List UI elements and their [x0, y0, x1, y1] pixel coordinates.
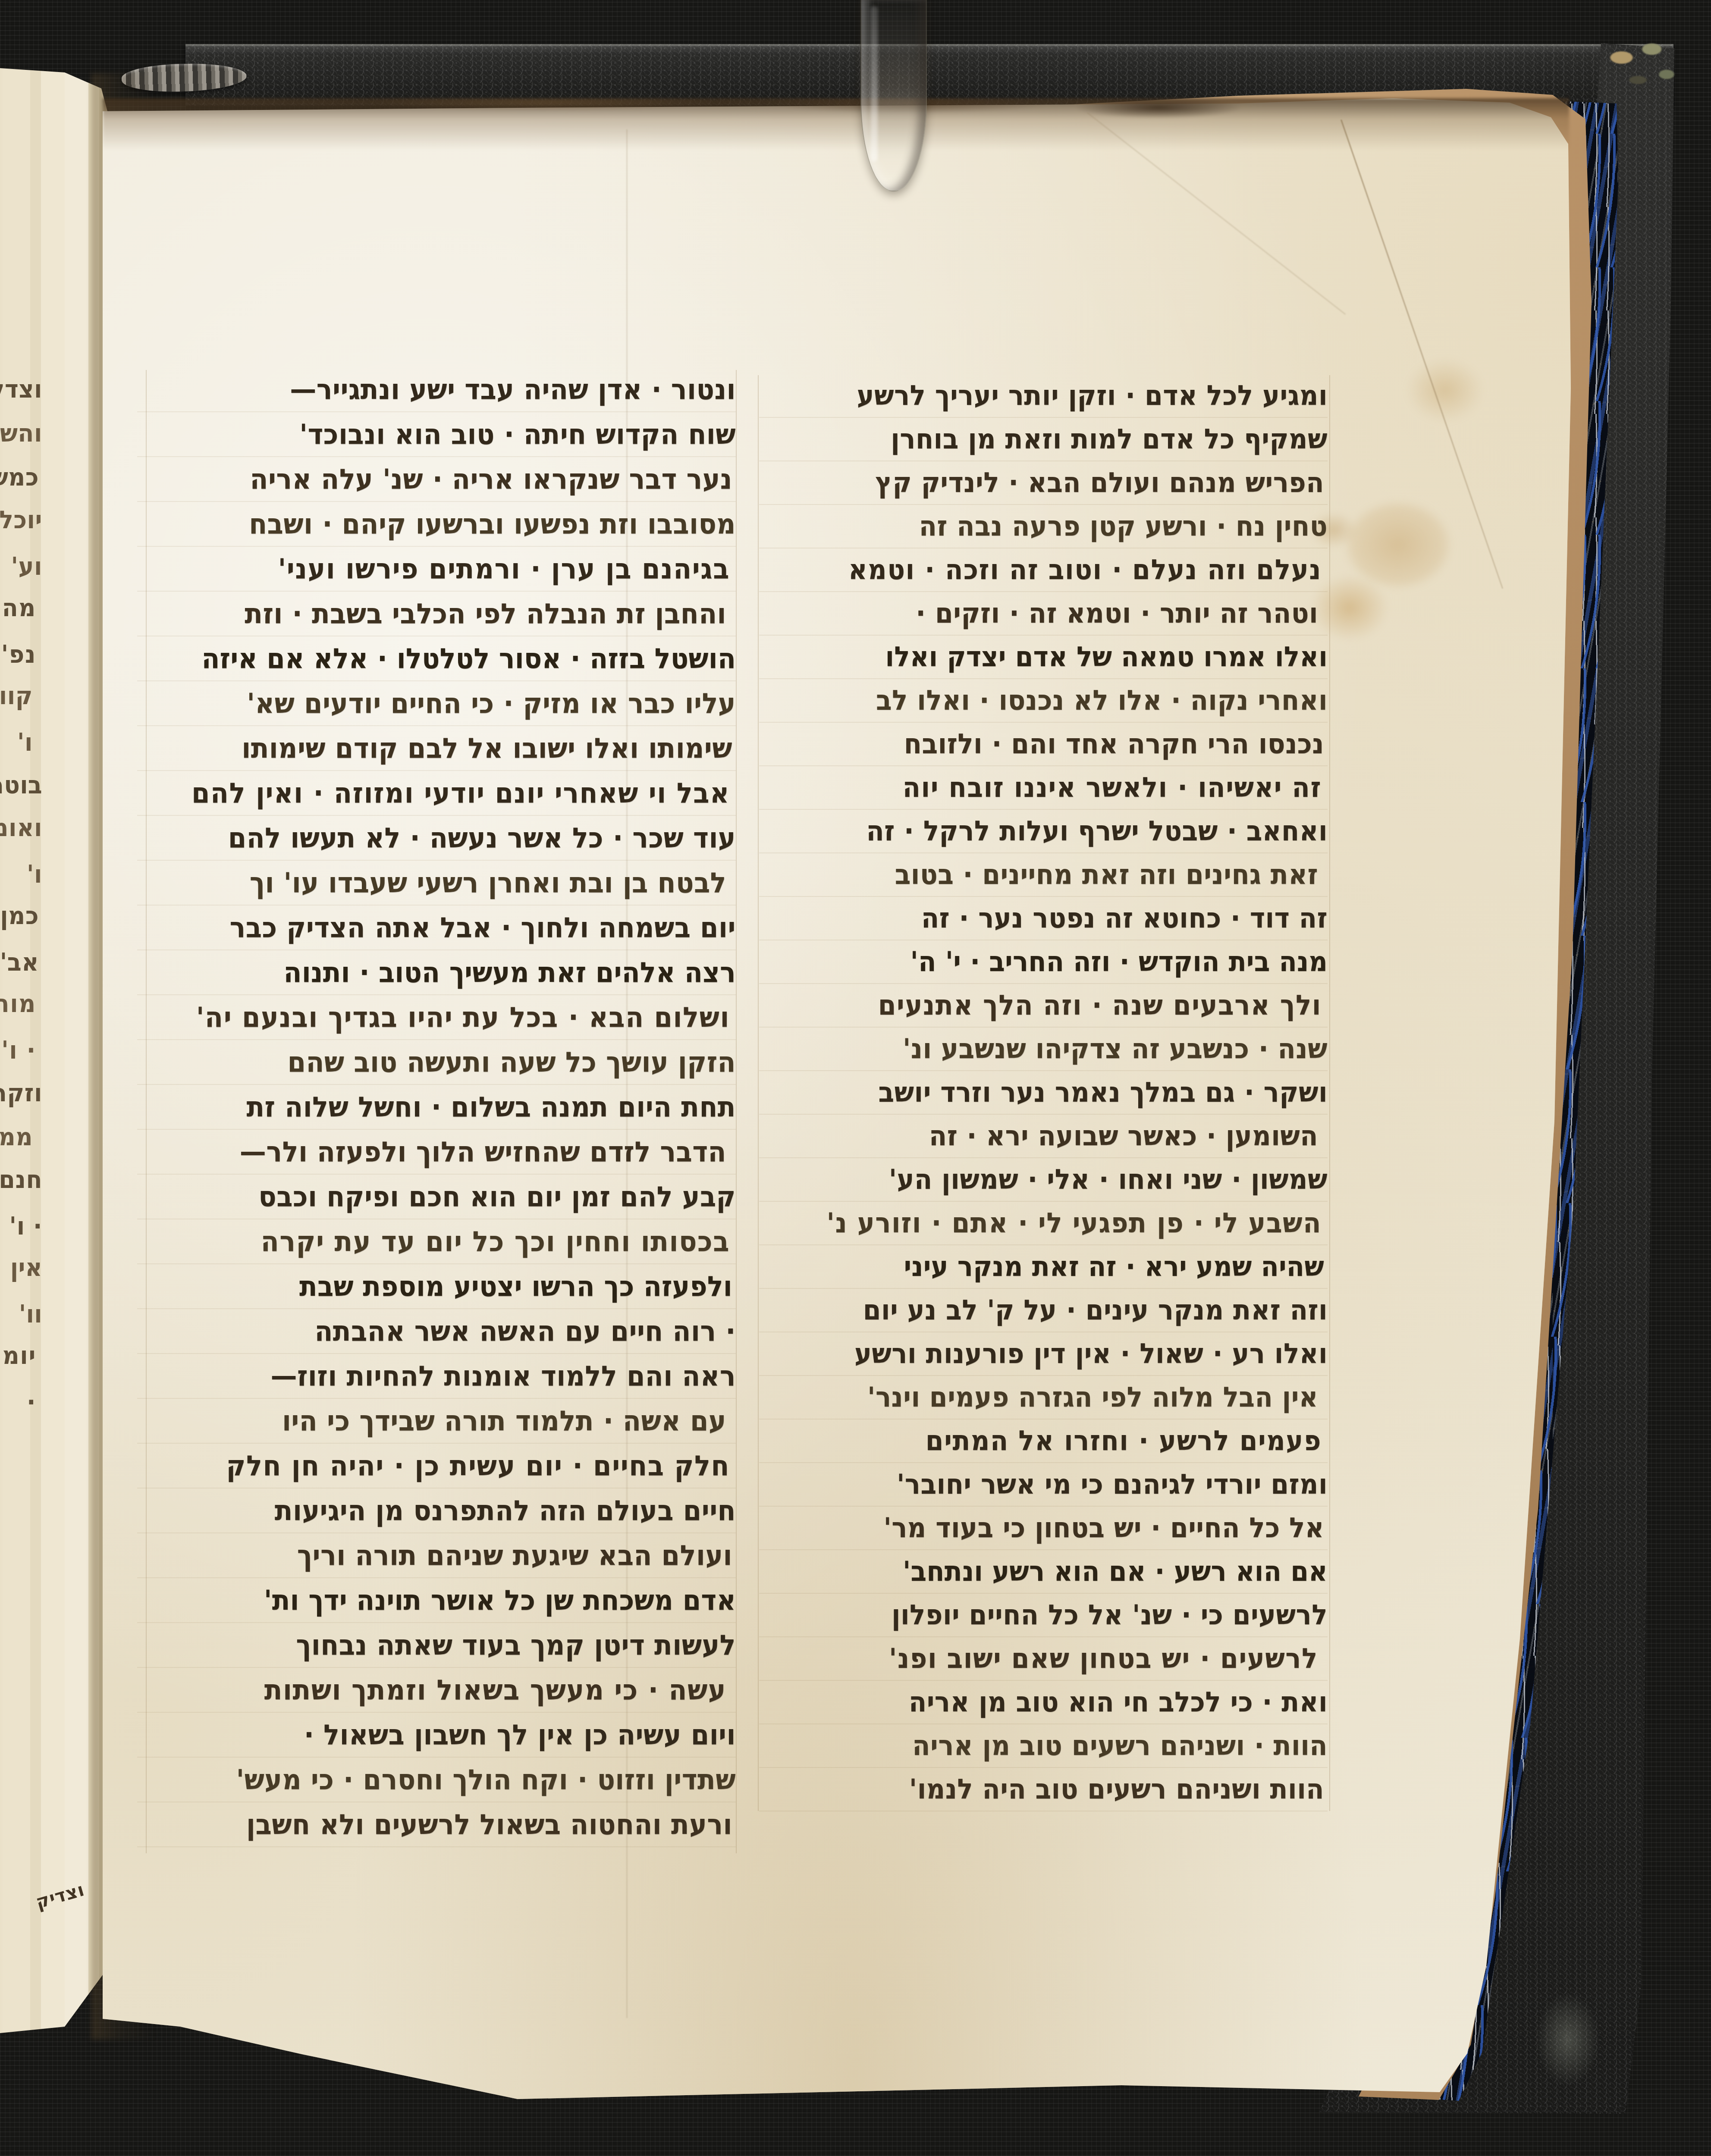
text-column-right: ומגיע לכל אדם · וזקן יותר יעריך לרשעשמקי… [759, 374, 1328, 1814]
text-line: ומזם יורדי לגיהנם כי מי אשר יחובר' [759, 1462, 1328, 1508]
text-line: שמקיף כל אדם למות וזאת מן בוחרן [759, 417, 1328, 463]
photo-backdrop-cloth: ומגיע לכל אדם · וזקן יותר יעריך לרשעשמקי… [0, 0, 1711, 2156]
text-line: אם הוא רשע · אם הוא רשע ונתחב' [759, 1549, 1328, 1595]
text-line: שמשון · שני ואחו · אלי · שמשון הע' [759, 1157, 1328, 1203]
text-line: פעמים לרשע · וחזרו אל המתים [759, 1418, 1322, 1464]
text-line: ראה והם ללמוד אומנות להחיות וזוז— [137, 1353, 736, 1400]
text-line: עוד שכר · כל אשר נעשה · לא תעשו להם [137, 815, 736, 862]
text-line: זה יאשיהו · ולאשר איננו זובח יוה [759, 765, 1322, 811]
text-line: שהיה שמע ירא · זה זאת מנקר עיני [759, 1244, 1324, 1290]
text-line: לרשעים · יש בטחון שאם ישוב ופנ' [759, 1636, 1318, 1682]
text-line: עשה · כי מעשך בשאול וזמתך ושתות [137, 1667, 726, 1714]
text-line: קבע להם זמן יום הוא חכם ופיקח וכבס [137, 1173, 736, 1221]
text-line: מה נפ' [0, 585, 36, 678]
text-line: והחבן זת הנבלה לפי הכלבי בשבת · וזת [137, 590, 726, 638]
text-line: ואלו אמרו טמאה של אדם יצדק ואלו [759, 634, 1328, 680]
text-line: השבע לי · פן תפגעי לי · אתם · וזורע נ' [759, 1200, 1322, 1247]
text-line: חנם · ו' [0, 1156, 42, 1250]
text-line: ולפעזה כך הרשו יצטיע מוספת שבת [137, 1263, 732, 1310]
text-line: ועולם הבא שיגעת שניהם תורה וריך [137, 1532, 732, 1579]
text-line: ונטור · אדן שהיה עבד ישע ונתגייר— [137, 366, 736, 414]
text-line: אין וו' [0, 1244, 42, 1338]
text-line: ואחאב · שבטל ישרף ועלות לרקל · זה [759, 808, 1328, 855]
text-line: ושקר · גם במלך נאמר נער וזרד יושב [759, 1070, 1328, 1116]
text-line: לרשעים כי · שנ' אל כל החיים יופלון [759, 1592, 1328, 1639]
text-line: לעשות דיטן קמך בעוד שאתה נבחוך [137, 1622, 736, 1669]
text-line: ושלום הבא · בכל עת יהיו בגדיך ובנעם יה' [137, 994, 730, 1041]
text-line: ורעת והחטוה בשאול לרשעים ולא חשבן [137, 1801, 732, 1849]
column-rule [1329, 375, 1330, 1811]
text-line: בכסותו וחחין וכך כל יום עד עת יקרה [137, 1218, 730, 1266]
cover-worn-patch [1535, 1992, 1600, 2087]
text-line: יוכל וע' [0, 497, 42, 590]
text-line: חיים בעולם הזה להתפרנס מן היגיעות [137, 1487, 736, 1535]
text-line: הזקן עושך כל שעה ותעשה טוב שהם [137, 1039, 736, 1086]
text-line: אל כל החיים · יש בטחון כי בעוד מר' [759, 1505, 1324, 1551]
text-line: וצדק' [0, 367, 42, 413]
text-column-left: ונטור · אדן שהיה עבד ישע ונתגייר—שוח הקד… [137, 367, 736, 1859]
text-line: ממילה [0, 1114, 33, 1160]
text-line: אין הבל מלוה לפי הגזרה פעמים וינר' [759, 1375, 1318, 1421]
text-line: בגיהנם בן ערן · ורמתים פירשו ועני' [137, 545, 730, 593]
text-line: יום בשמחה ולחוך · אבל אתה הצדיק כבר [137, 904, 736, 952]
text-line: שימותו ואלו ישובו אל לבם קודם שימותו [137, 725, 732, 772]
text-line: שוח הקדוש חיתה · טוב הוא ונבוכד' [137, 411, 736, 458]
text-line: זה דוד · כחוטא זה נפטר נער · זה [759, 896, 1328, 942]
text-line: · רוה חיים עם האשה אשר אהבתה [137, 1308, 736, 1355]
text-line: כמן אב' [0, 893, 39, 986]
text-line: מנה בית הוקדש · וזה החריב · י' ה' [759, 939, 1328, 985]
text-line: שתדין וזזוט · וקח הולך וחסרם · כי מעש' [137, 1756, 736, 1804]
text-line: קוות ו' [0, 673, 33, 766]
text-line: תחת היום תמנה בשלום · וחשל שלוה זת [137, 1084, 736, 1131]
text-line: והשבן [0, 410, 42, 457]
text-line: הוות ושניהם רשעים טוב היה לנמו' [759, 1767, 1324, 1813]
text-line: ואחרי נקוה · אלו לא נכנסו · ואלו לב [759, 678, 1328, 724]
column-rule [736, 370, 737, 1853]
text-line: ולך ארבעים שנה · וזה הלך אתנעים [759, 983, 1322, 1029]
text-line: ומגיע לכל אדם · וזקן יותר יעריך לרשע [759, 373, 1328, 419]
text-line: ויום עשיה כן אין לך חשבון בשאול · [137, 1711, 736, 1759]
text-line: ואת · כי לכלב חי הוא טוב מן אריה [759, 1680, 1328, 1726]
text-line: וזקרה [0, 1070, 42, 1116]
text-line: טחין נח · ורשע קטן פרעה נבה זה [759, 504, 1328, 550]
text-line: חלק בחיים · יום עשית כן · יהיה חן חלק [137, 1442, 730, 1490]
previous-leaf-text-fragments: וצדק'והשבןכמשת'יוכל וע'מה נפ'קוות ו'בוטר… [0, 367, 42, 1428]
text-line: זאת גחינים וזה זאת מחיינים · בטוב [759, 852, 1318, 898]
text-line: וזה זאת מנקר עינים · על ק' לב נע יום [759, 1288, 1328, 1334]
text-line: שנה · כנשבע זה צדקיהו שנשבע ונ' [759, 1026, 1328, 1072]
text-line: לבטח בן ובת ואחרן רשעי שעבדו עו' וך [137, 859, 726, 907]
text-line: יומם · [0, 1332, 36, 1426]
text-line: נכנסו הרי חקרה אחד והם · ולזובח [759, 721, 1324, 768]
text-line: מסובבו וזת נפשעו וברשעו קיהם · ושבח [137, 501, 736, 548]
cover-corner-damage [1601, 38, 1683, 94]
text-line: אדם משכחת שן כל אושר תוינה ידך ות' [137, 1577, 736, 1624]
text-line: שלו' [0, 1422, 42, 1428]
column-rule [758, 375, 759, 1811]
text-line: מות · ו' [0, 981, 36, 1074]
text-line: עם אשה · תלמוד תורה שבידך כי היו [137, 1398, 726, 1445]
text-line: וטהר זה יותר · וטמא זה · וזקים · [759, 591, 1318, 637]
text-line: הפריש מנהם ועולם הבא · לינדיק קץ [759, 460, 1324, 506]
text-line: ואומ' ו' [0, 805, 42, 898]
text-line: כמשת' [0, 454, 39, 501]
text-line: נעלם וזה נעלם · וטוב זה וזכה · וטמא [759, 547, 1322, 593]
text-line: בוטרים [0, 762, 42, 808]
text-line: אבל וי שאחרי יונם יודעי ומזוזה · ואין לה… [137, 770, 730, 817]
text-line: רצה אלהים זאת מעשיך הטוב · ותנוה [137, 949, 736, 997]
text-line: נער דבר שנקראו אריה · שנ' עלה אריה [137, 456, 732, 503]
text-line: הדבר לזדם שהחזיש הלוך ולפעזה ולר— [137, 1128, 726, 1176]
parchment-stain-small [1406, 358, 1484, 423]
text-line: עליו כבר או מזיק · כי החיים יודעים שא' [137, 680, 736, 727]
text-line: הוות · ושניהם רשעים טוב מן אריה [759, 1723, 1328, 1769]
text-line: הושטל בזזה · אסור לטלטלו · אלא אם איזה [137, 635, 736, 683]
perspex-clip-tab [860, 0, 927, 191]
text-line: השומען · כאשר שבועה ירא · זה [759, 1113, 1318, 1159]
text-line: ואלו רע · שאול · אין דין פורענות ורשע [759, 1331, 1328, 1377]
